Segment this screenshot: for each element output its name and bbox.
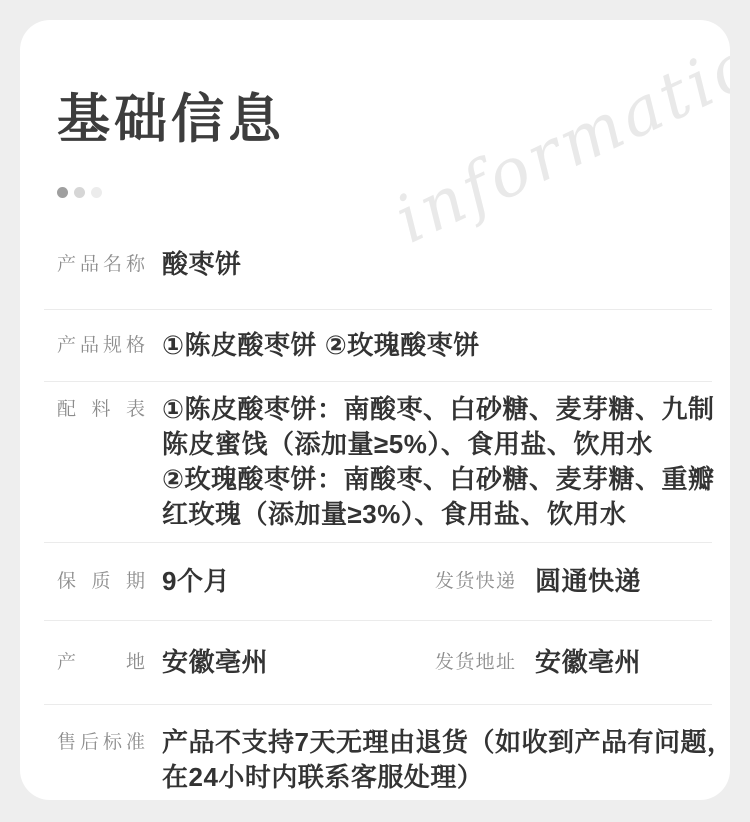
dot-3-icon: [91, 187, 102, 198]
after-sales-value: 产品不支持7天无理由退货（如收到产品有问题，请 在24小时内联系客服处理）: [162, 725, 730, 795]
origin-pair: 产地 安徽亳州: [57, 645, 435, 680]
card-header: 基础信息: [20, 20, 730, 198]
ship-address-pair: 发货地址 安徽亳州: [435, 645, 641, 680]
ingredients-label: 配料表: [57, 392, 145, 427]
courier-pair: 发货快递 圆通快递: [435, 564, 641, 599]
courier-value: 圆通快递: [535, 564, 641, 599]
ingredients-line-4: 红玫瑰（添加量≥3%）、食用盐、饮用水: [162, 497, 715, 532]
field-list: 产品名称 酸枣饼 产品规格 ①陈皮酸枣饼 ②玫瑰酸枣饼 配料表 ①陈皮酸枣饼：南…: [20, 220, 730, 800]
row-after-sales: 售后标准 产品不支持7天无理由退货（如收到产品有问题，请 在24小时内联系客服处…: [20, 705, 730, 800]
row-product-name: 产品名称 酸枣饼: [20, 220, 730, 309]
product-spec-label: 产品规格: [57, 328, 145, 363]
after-sales-pair: 售后标准 产品不支持7天无理由退货（如收到产品有问题，请 在24小时内联系客服处…: [57, 725, 730, 795]
courier-label: 发货快递: [435, 564, 515, 599]
product-spec-value: ①陈皮酸枣饼 ②玫瑰酸枣饼: [162, 328, 480, 363]
ingredients-line-3: ②玫瑰酸枣饼：南酸枣、白砂糖、麦芽糖、重瓣: [162, 462, 715, 497]
basic-info-card: information 基础信息 产品名称 酸枣饼 产品规格 ①陈皮酸枣饼 ②: [20, 20, 730, 800]
ship-address-value: 安徽亳州: [535, 645, 641, 680]
row-product-spec: 产品规格 ①陈皮酸枣饼 ②玫瑰酸枣饼: [20, 310, 730, 381]
product-name-label: 产品名称: [57, 247, 145, 282]
product-spec-pair: 产品规格 ①陈皮酸枣饼 ②玫瑰酸枣饼: [57, 328, 480, 363]
page-background: information 基础信息 产品名称 酸枣饼 产品规格 ①陈皮酸枣饼 ②: [0, 0, 750, 822]
ship-address-label: 发货地址: [435, 645, 515, 680]
after-sales-line-2: 在24小时内联系客服处理）: [162, 760, 730, 795]
shelf-life-value: 9个月: [162, 564, 230, 599]
row-shelf-life-courier: 保质期 9个月 发货快递 圆通快递: [20, 543, 730, 620]
section-title: 基础信息: [57, 90, 730, 151]
ingredients-value: ①陈皮酸枣饼：南酸枣、白砂糖、麦芽糖、九制 陈皮蜜饯（添加量≥5%）、食用盐、饮…: [162, 392, 715, 532]
row-origin-shipfrom: 产地 安徽亳州 发货地址 安徽亳州: [20, 621, 730, 704]
ingredients-pair: 配料表 ①陈皮酸枣饼：南酸枣、白砂糖、麦芽糖、九制 陈皮蜜饯（添加量≥5%）、食…: [57, 392, 715, 532]
dot-2-icon: [74, 187, 85, 198]
after-sales-line-1: 产品不支持7天无理由退货（如收到产品有问题，请: [162, 725, 730, 760]
product-name-pair: 产品名称 酸枣饼: [57, 247, 242, 282]
shelf-life-label: 保质期: [57, 564, 145, 599]
ingredients-line-1: ①陈皮酸枣饼：南酸枣、白砂糖、麦芽糖、九制: [162, 392, 715, 427]
dot-decoration: [57, 187, 730, 198]
dot-1-icon: [57, 187, 68, 198]
row-ingredients: 配料表 ①陈皮酸枣饼：南酸枣、白砂糖、麦芽糖、九制 陈皮蜜饯（添加量≥5%）、食…: [20, 382, 730, 542]
origin-label: 产地: [57, 645, 145, 680]
product-name-value: 酸枣饼: [162, 247, 242, 282]
origin-value: 安徽亳州: [162, 645, 268, 680]
shelf-life-pair: 保质期 9个月: [57, 564, 435, 599]
after-sales-label: 售后标准: [57, 725, 145, 760]
ingredients-line-2: 陈皮蜜饯（添加量≥5%）、食用盐、饮用水: [162, 427, 715, 462]
